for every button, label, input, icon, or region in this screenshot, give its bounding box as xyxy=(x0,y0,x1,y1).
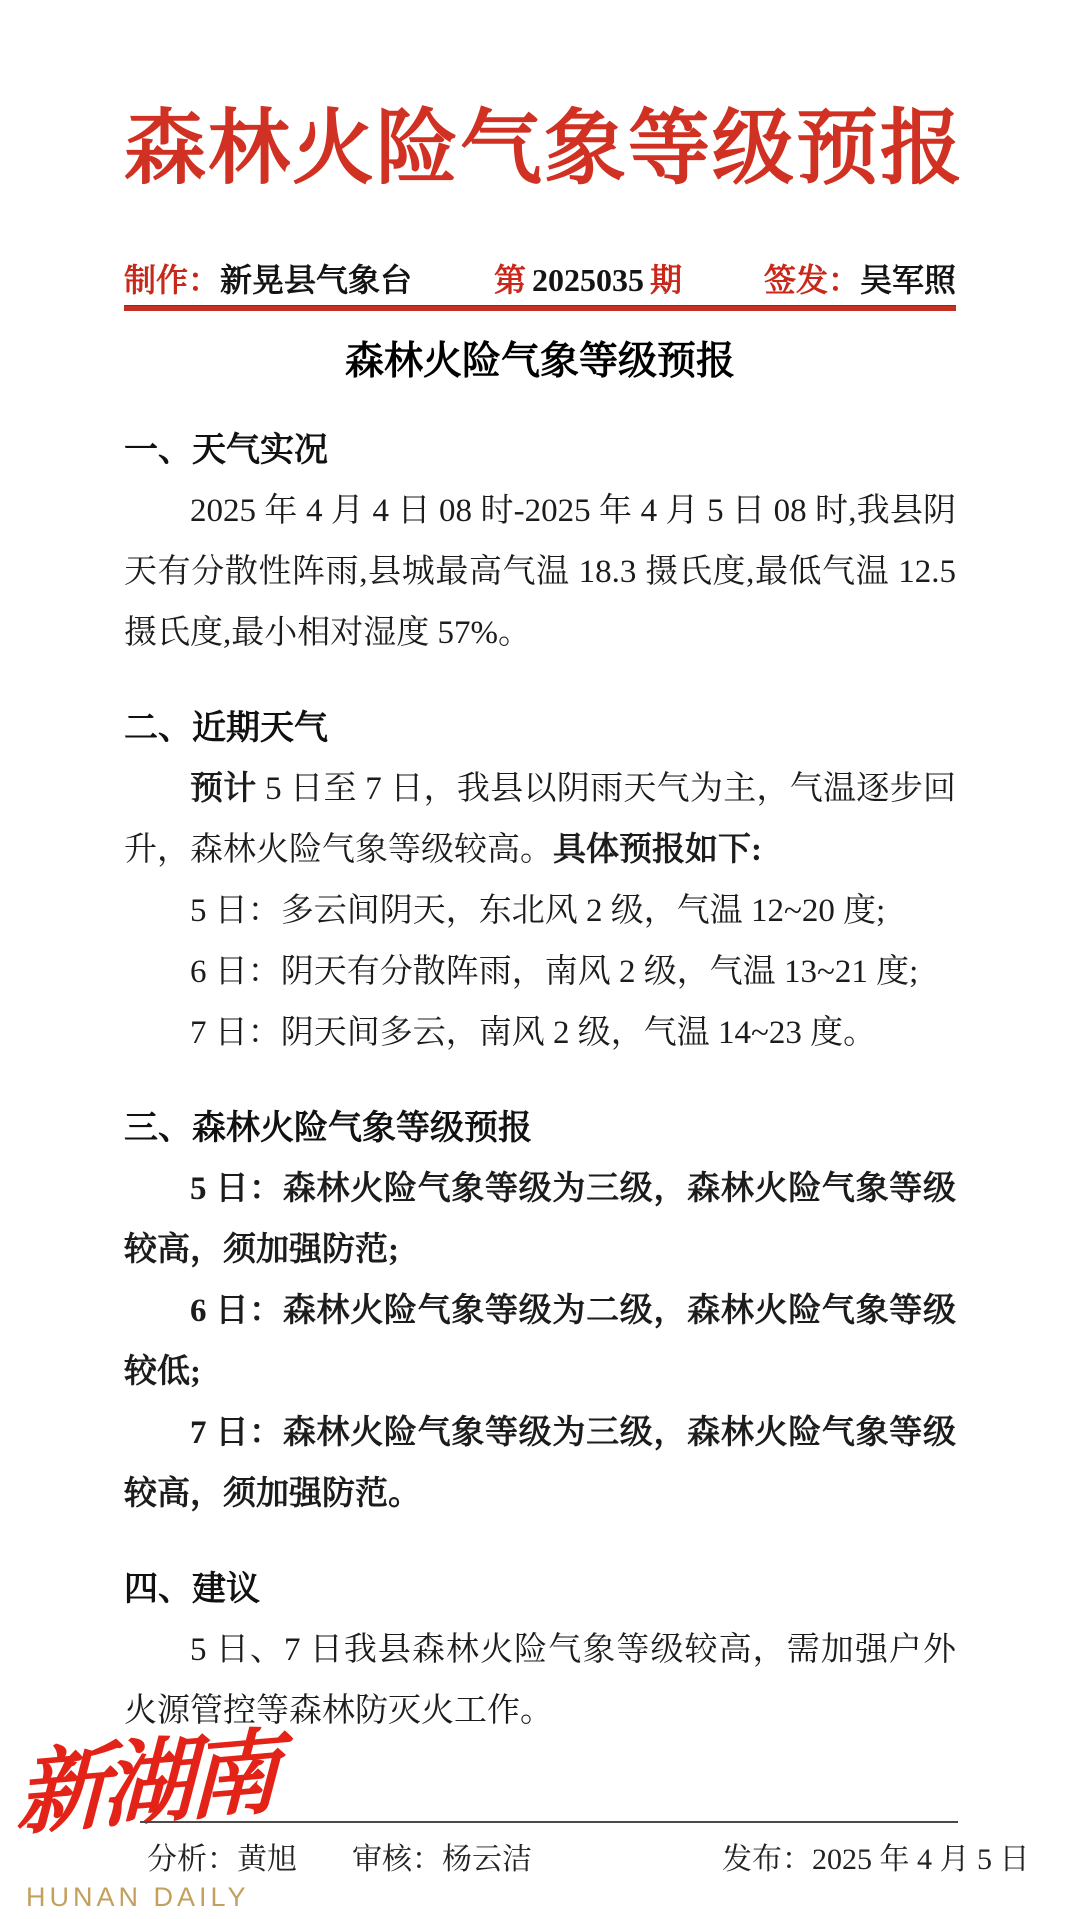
section-recent-weather: 二、近期天气 预计 5 日至 7 日，我县以阴雨天气为主，气温逐步回升，森林火险… xyxy=(124,698,956,1064)
signer-label: 签发： xyxy=(764,262,860,298)
maker-value: 新晃县气象台 xyxy=(220,262,412,298)
hunan-daily-logo-english: HUNAN DAILY xyxy=(26,1884,250,1911)
issue-number: 2025035 xyxy=(526,262,650,298)
recent-forecast-day6: 6 日：阴天有分散阵雨，南风 2 级，气温 13~21 度; xyxy=(124,942,956,1003)
recent-forecast-day5: 5 日：多云间阴天，东北风 2 级，气温 12~20 度; xyxy=(124,881,956,942)
analyst-value: 黄旭 xyxy=(237,1843,297,1876)
document-title: 森林火险气象等级预报 xyxy=(124,339,956,386)
issue-prefix: 第 xyxy=(494,262,526,298)
section-advice: 四、建议 5 日、7 日我县森林火险气象等级较高，需加强户外火源管控等森林防灭火… xyxy=(124,1559,956,1742)
reviewer-value: 杨云洁 xyxy=(442,1843,532,1876)
signer-value: 吴军照 xyxy=(860,262,956,298)
issue-field: 第2025035期 xyxy=(494,261,682,299)
weather-actual-paragraph: 2025 年 4 月 4 日 08 时-2025 年 4 月 5 日 08 时,… xyxy=(124,481,956,664)
section-fire-level-forecast: 三、森林火险气象等级预报 5 日：森林火险气象等级为三级，森林火险气象等级较高，… xyxy=(124,1098,956,1525)
section-heading-advice: 四、建议 xyxy=(124,1559,956,1620)
maker-label: 制作： xyxy=(124,262,220,298)
analyst-label: 分析： xyxy=(147,1843,237,1876)
meta-row: 制作：新晃县气象台 第2025035期 签发：吴军照 xyxy=(124,261,956,299)
fire-level-day5: 5 日：森林火险气象等级为三级，森林火险气象等级较高，须加强防范; xyxy=(124,1159,956,1281)
fire-level-day6: 6 日：森林火险气象等级为二级，森林火险气象等级较低; xyxy=(124,1281,956,1403)
signer-field: 签发：吴军照 xyxy=(764,261,956,299)
footer-divider xyxy=(140,1821,958,1823)
maker-field: 制作：新晃县气象台 xyxy=(124,261,412,299)
publish-credit: 发布：2025 年 4 月 5 日 xyxy=(722,1840,1030,1879)
reviewer-label: 审核： xyxy=(352,1843,442,1876)
recent-intro-lead: 预计 xyxy=(190,771,265,807)
header-divider xyxy=(124,305,956,311)
reviewer-credit: 审核：杨云洁 xyxy=(352,1840,532,1879)
section-heading-weather-actual: 一、天气实况 xyxy=(124,420,956,481)
recent-intro-tail: 具体预报如下: xyxy=(553,832,762,868)
analyst-credit: 分析：黄旭 xyxy=(147,1840,297,1879)
recent-forecast-day7: 7 日：阴天间多云，南风 2 级，气温 14~23 度。 xyxy=(124,1003,956,1064)
publish-value: 2025 年 4 月 5 日 xyxy=(812,1843,1030,1876)
document-content: 森林火险气象等级预报 制作：新晃县气象台 第2025035期 签发：吴军照 森林… xyxy=(124,90,956,1742)
issue-suffix: 期 xyxy=(650,262,682,298)
recent-weather-intro: 预计 5 日至 7 日，我县以阴雨天气为主，气温逐步回升，森林火险气象等级较高。… xyxy=(124,759,956,881)
banner-title: 森林火险气象等级预报 xyxy=(124,90,956,209)
fire-level-day7: 7 日：森林火险气象等级为三级，森林火险气象等级较高，须加强防范。 xyxy=(124,1403,956,1525)
publish-label: 发布： xyxy=(722,1843,812,1876)
document-page: 森林火险气象等级预报 制作：新晃县气象台 第2025035期 签发：吴军照 森林… xyxy=(0,0,1080,1919)
hunan-daily-logo-chinese: 新湖南 xyxy=(16,1727,275,1842)
section-heading-recent-weather: 二、近期天气 xyxy=(124,698,956,759)
section-weather-actual: 一、天气实况 2025 年 4 月 4 日 08 时-2025 年 4 月 5 … xyxy=(124,420,956,664)
section-heading-fire-level: 三、森林火险气象等级预报 xyxy=(124,1098,956,1159)
